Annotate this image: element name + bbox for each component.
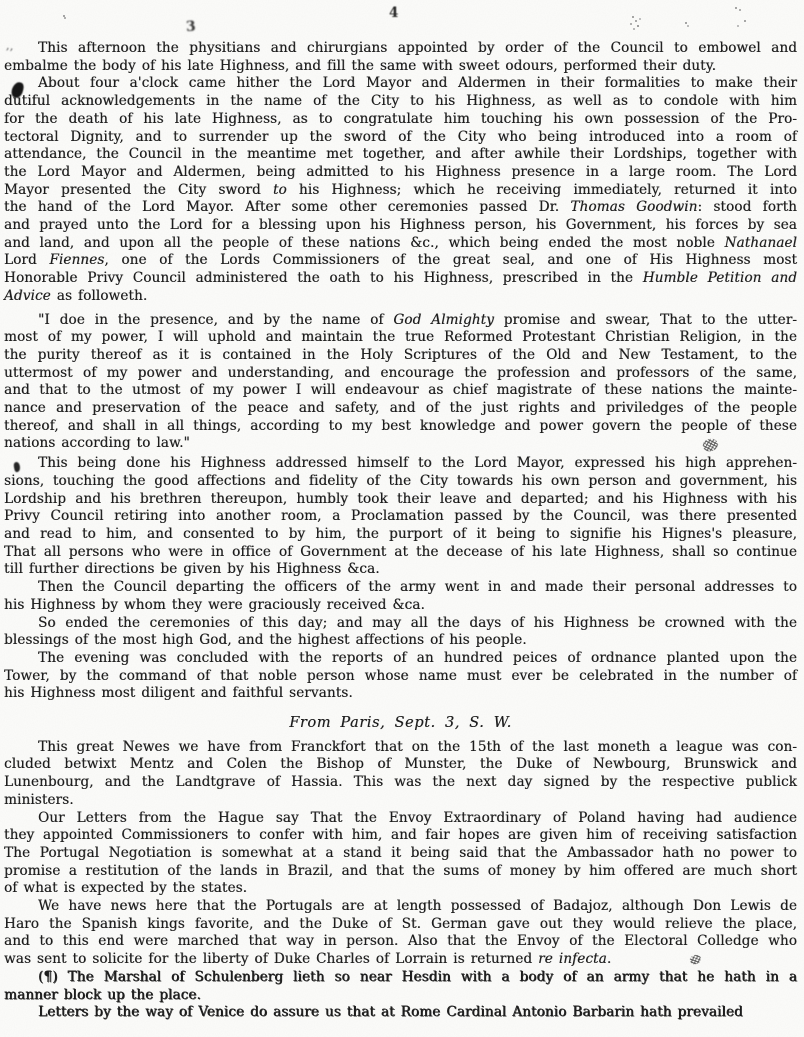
text-line: and that to the utmost of my power I wil… [4, 382, 797, 400]
text-line: they appointed Commissioners to confer w… [4, 827, 797, 845]
paragraph: About four a'clock came hither the Lord … [4, 75, 797, 305]
text-line: Honorable Privy Council administered the… [4, 270, 797, 288]
text-line: most of my power, I will uphold and main… [4, 329, 797, 347]
paragraph: We have news here that the Portugals are… [4, 898, 797, 969]
ink-speckle [632, 16, 634, 18]
text-line: and land, and upon all the people of the… [4, 235, 797, 253]
text-line: was sent to solicite for the liberty of … [4, 951, 797, 969]
text-line: the purity thereof as it is contained in… [4, 347, 797, 365]
paragraph: (¶) The Marshal of Schulenberg lieth so … [4, 969, 797, 1004]
text-line: sions, touching the good affections and … [4, 473, 797, 491]
text-line: and read to him, and consented to by him… [4, 526, 797, 544]
paragraph: Letters by the way of Venice do assure u… [4, 1004, 797, 1022]
text-line: dutiful acknowledgements in the name of … [4, 93, 797, 111]
text-line: till further directions be given by his … [4, 561, 797, 579]
ink-speckle [685, 22, 687, 24]
text-line: From Paris, Sept. 3, S. W. [4, 715, 797, 733]
text-line: embalme the body of his late Highness, a… [4, 58, 797, 76]
paragraph: Our Letters from the Hague say That the … [4, 810, 797, 899]
text-line: and prayed unto the Lord for a blessing … [4, 217, 797, 235]
text-line: the hand of the Lord Mayor. After some o… [4, 199, 797, 217]
text-line: This great Newes we have from Franckfort… [4, 739, 797, 757]
text-line: for the death of his late Highness, as t… [4, 111, 797, 129]
page-number: 4 [389, 5, 398, 21]
text-line: Our Letters from the Hague say That the … [4, 810, 797, 828]
text-line: promise a restitution of the lands in Br… [4, 863, 797, 881]
text-line: (¶) The Marshal of Schulenberg lieth so … [4, 969, 797, 987]
text-line: cluded betwixt Mentz and Colen the Bisho… [4, 756, 797, 774]
text-line: attendance, the Council in the meantime … [4, 146, 797, 164]
ink-speckle [735, 7, 737, 9]
ink-speckle [63, 15, 65, 17]
text-line: About four a'clock came hither the Lord … [4, 75, 797, 93]
text-line: Lunenbourg, and the Landtgrave of Hassia… [4, 774, 797, 792]
text-line: his Highness by whom they were graciousl… [4, 597, 797, 615]
text-line: Then the Council departing the officers … [4, 579, 797, 597]
text-line: Tower, by the command of that noble pers… [4, 668, 797, 686]
text-line: and to this end were marched that way in… [4, 933, 797, 951]
paragraph: Then the Council departing the officers … [4, 579, 797, 614]
text-line: That all persons who were in office of G… [4, 544, 797, 562]
text-line: This afternoon the physitians and chirur… [4, 40, 797, 58]
text-line: Letters by the way of Venice do assure u… [4, 1004, 797, 1022]
text-line: "I doe in the presence, and by the name … [4, 312, 797, 330]
paragraph: This afternoon the physitians and chirur… [4, 40, 797, 75]
text-line: Mayor presented the City sword to his Hi… [4, 182, 797, 200]
scanned-document-page: 3 4 ’’ This afternoon the physitians and… [0, 0, 804, 1037]
text-line: of what is expected by the states. [4, 880, 797, 898]
text-line: ministers. [4, 792, 797, 810]
text-line: nance and preservation of the peace and … [4, 400, 797, 418]
text-line: Advice as followeth. [4, 288, 797, 306]
paragraph: The evening was concluded with the repor… [4, 650, 797, 703]
text-line: tectoral Dignity, and to surrender up th… [4, 129, 797, 147]
text-line: nations according to law." [4, 435, 797, 453]
page-text: This afternoon the physitians and chirur… [4, 40, 797, 1022]
text-line: manner block up the place. [4, 987, 797, 1005]
text-line: the Lord Mayor and Aldermen, being admit… [4, 164, 797, 182]
text-line: uttermost of my power and understanding,… [4, 365, 797, 383]
text-line: Lordship and his brethren thereupon, hum… [4, 491, 797, 509]
paragraph: So ended the ceremonies of this day; and… [4, 615, 797, 650]
text-line: thereof, and shall in all things, accord… [4, 418, 797, 436]
text-line: We have news here that the Portugals are… [4, 898, 797, 916]
text-line: The Portugal Negotiation is somewhat at … [4, 845, 797, 863]
dateline-heading: From Paris, Sept. 3, S. W. [4, 715, 797, 733]
paragraph: This being done his Highness addressed h… [4, 455, 797, 579]
paragraph: This great Newes we have from Franckfort… [4, 739, 797, 810]
text-line: So ended the ceremonies of this day; and… [4, 615, 797, 633]
text-line: Privy Council retiring into another room… [4, 508, 797, 526]
text-line: Haro the Spanish kings favorite, and the… [4, 916, 797, 934]
text-line: his Highness most diligent and faithful … [4, 685, 797, 703]
ink-smudge-numeral: 3 [185, 19, 196, 36]
text-line: Lord Fiennes, one of the Lords Commissio… [4, 252, 797, 270]
text-line: This being done his Highness addressed h… [4, 455, 797, 473]
text-line: blessings of the most high God, and the … [4, 632, 797, 650]
text-line: The evening was concluded with the repor… [4, 650, 797, 668]
paragraph: "I doe in the presence, and by the name … [4, 312, 797, 454]
